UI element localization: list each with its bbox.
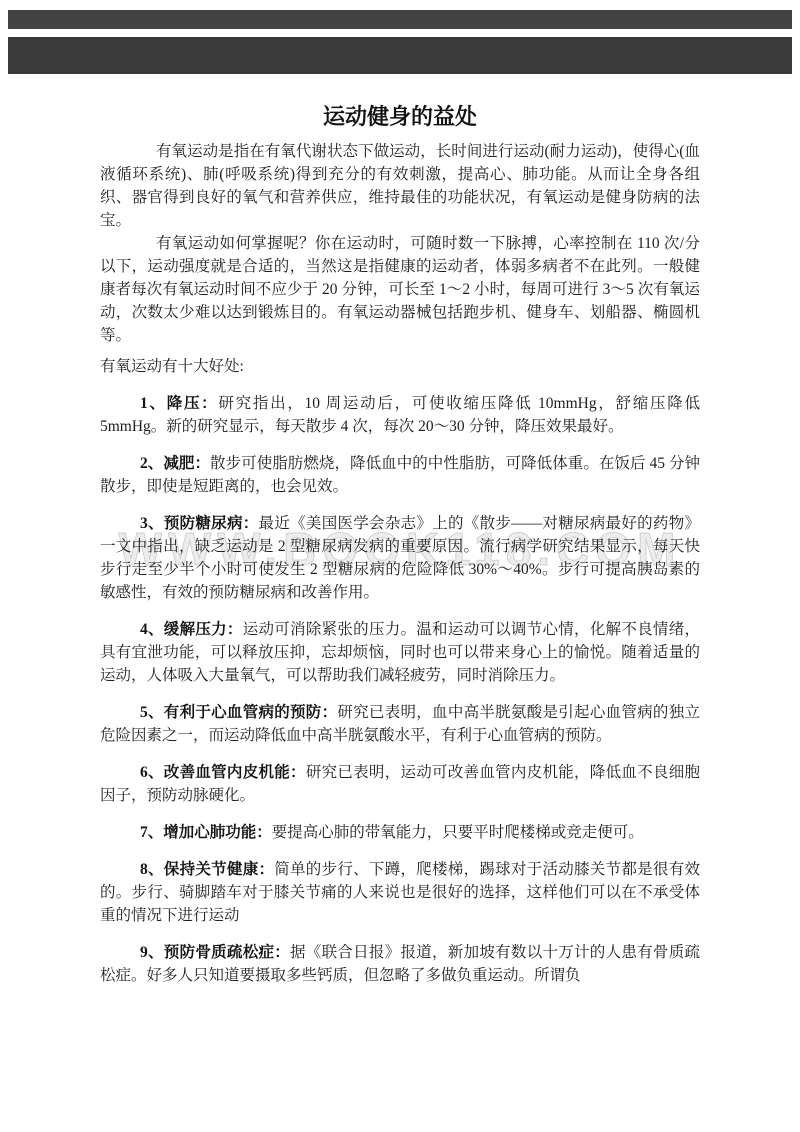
benefits-heading: 有氧运动有十大好处: <box>100 355 700 378</box>
benefit-label-4: 4、缓解压力： <box>140 621 243 638</box>
page-title: 运动健身的益处 <box>100 102 700 132</box>
benefit-item-3: 3、预防糖尿病：最近《美国医学会杂志》上的《散步——对糖尿病最好的药物》一文中指… <box>100 512 700 604</box>
benefit-label-3: 3、预防糖尿病： <box>140 515 259 532</box>
benefit-label-9: 9、预防骨质疏松症： <box>140 944 290 961</box>
benefit-label-8: 8、保持关节健康： <box>140 861 274 878</box>
benefit-item-8: 8、保持关节健康：简单的步行、下蹲，爬楼梯，踢球对于活动膝关节都是很有效的。步行… <box>100 858 700 927</box>
benefit-label-1: 1、降压： <box>140 395 218 412</box>
benefit-item-7: 7、增加心肺功能：要提高心肺的带氧能力，只要平时爬楼梯或竞走便可。 <box>100 821 700 844</box>
benefit-item-4: 4、缓解压力：运动可消除紧张的压力。温和运动可以调节心情，化解不良情绪，具有宜泄… <box>100 618 700 687</box>
benefit-item-1: 1、降压：研究指出，10 周运动后，可使收缩压降低 10mmHg，舒缩压降低 5… <box>100 392 700 438</box>
benefit-item-5: 5、有利于心血管病的预防：研究已表明，血中高半胱氨酸是引起心血管病的独立危险因素… <box>100 701 700 747</box>
benefit-label-6: 6、改善血管内皮机能： <box>140 764 306 781</box>
benefit-item-2: 2、减肥：散步可使脂肪燃烧，降低血中的中性脂肪，可降低体重。在饭后 45 分钟散… <box>100 452 700 498</box>
benefit-text-7: 要提高心肺的带氧能力，只要平时爬楼梯或竞走便可。 <box>272 824 644 841</box>
benefit-item-9: 9、预防骨质疏松症：据《联合日报》报道，新加坡有数以十万计的人患有骨质疏松症。好… <box>100 941 700 987</box>
benefit-label-7: 7、增加心肺功能： <box>140 824 272 841</box>
document-content: 运动健身的益处 有氧运动是指在有氧代谢状态下做运动，长时间进行运动(耐力运动)，… <box>0 0 800 987</box>
benefit-item-6: 6、改善血管内皮机能：研究已表明，运动可改善血管内皮机能，降低血不良细胞因子，预… <box>100 761 700 807</box>
intro-paragraph-2: 有氧运动如何掌握呢？你在运动时，可随时数一下脉搏，心率控制在 110 次/分以下… <box>100 232 700 347</box>
intro-paragraph-1: 有氧运动是指在有氧代谢状态下做运动，长时间进行运动(耐力运动)，使得心(血液循环… <box>100 140 700 232</box>
document-page: WWW.BOOK118.COM 运动健身的益处 有氧运动是指在有氧代谢状态下做运… <box>0 0 800 987</box>
benefit-label-2: 2、减肥： <box>140 455 210 472</box>
benefit-label-5: 5、有利于心血管病的预防： <box>140 704 337 721</box>
